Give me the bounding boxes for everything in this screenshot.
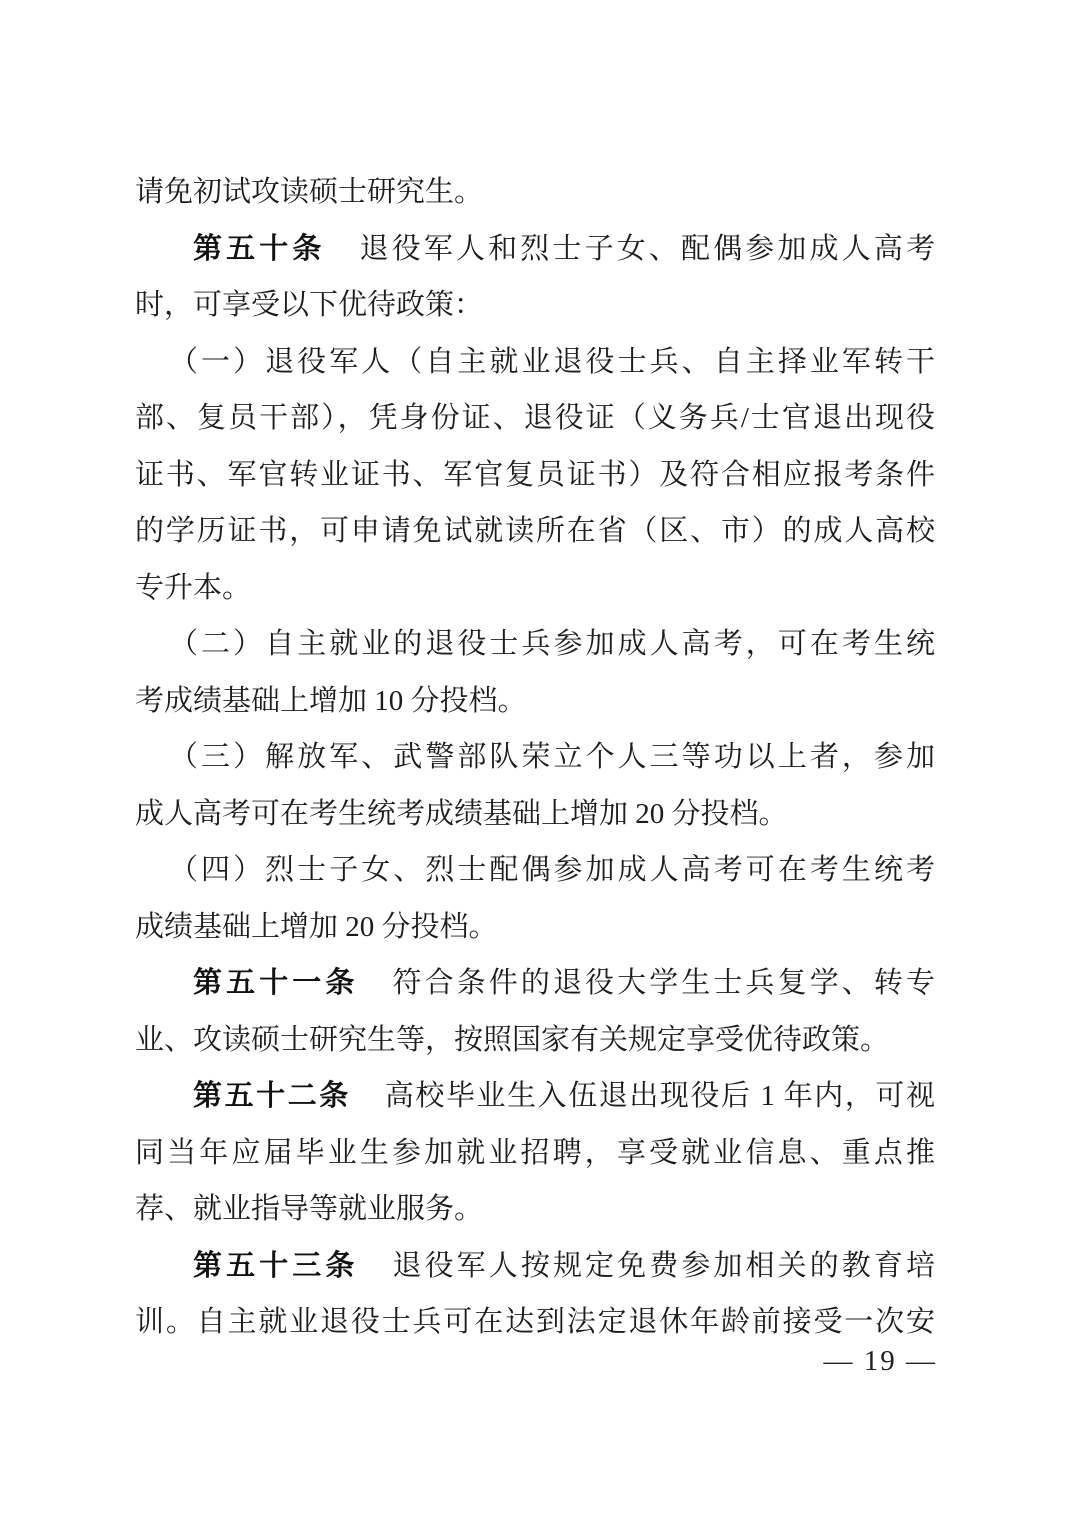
body-text: 业、攻读硕士研究生等，按照国家有关规定享受优待政策。: [135, 1024, 889, 1056]
text-line: 时，可享受以下优待政策：: [135, 277, 935, 334]
text-line: （三）解放军、武警部队荣立个人三等功以上者，参加: [135, 729, 935, 786]
body-text: 成人高考可在考生统考成绩基础上增加 20 分投档。: [135, 798, 788, 830]
article-number: 第五十三条: [193, 1250, 358, 1282]
body-text: 符合条件的退役大学生士兵复学、转专: [392, 967, 935, 999]
body-text: 训。自主就业退役士兵可在达到法定退休年龄前接受一次安: [135, 1306, 935, 1338]
body-text: 的学历证书，可申请免试就读所在省（区、市）的成人高校: [135, 515, 935, 547]
article-number: 第五十一条: [193, 967, 358, 999]
text-line: 证书、军官转业证书、军官复员证书）及符合相应报考条件: [135, 447, 935, 504]
text-line: （一）退役军人（自主就业退役士兵、自主择业军转干: [135, 334, 935, 391]
body-text: 证书、军官转业证书、军官复员证书）及符合相应报考条件: [135, 459, 935, 491]
body-text: （三）解放军、武警部队荣立个人三等功以上者，参加: [169, 741, 935, 773]
page-number: — 19 —: [824, 1344, 938, 1378]
text-line: 业、攻读硕士研究生等，按照国家有关规定享受优待政策。: [135, 1012, 935, 1069]
text-line: 荐、就业指导等就业服务。: [135, 1181, 935, 1238]
body-text: 高校毕业生入伍退出现役后 1 年内，可视: [385, 1080, 935, 1112]
body-text: （二）自主就业的退役士兵参加成人高考，可在考生统: [169, 628, 935, 660]
document-page: 请免初试攻读硕士研究生。 第五十条退役军人和烈士子女、配偶参加成人高考 时，可享…: [0, 0, 1074, 1514]
body-text: 荐、就业指导等就业服务。: [135, 1193, 483, 1225]
body-text: 退役军人和烈士子女、配偶参加成人高考: [360, 233, 935, 265]
text-line: 成人高考可在考生统考成绩基础上增加 20 分投档。: [135, 786, 935, 843]
body-text: 退役军人按规定免费参加相关的教育培: [392, 1250, 935, 1282]
text-line: （四）烈士子女、烈士配偶参加成人高考可在考生统考: [135, 842, 935, 899]
text-line: 第五十一条符合条件的退役大学生士兵复学、转专: [135, 955, 935, 1012]
text-line: 专升本。: [135, 560, 935, 617]
text-line: 训。自主就业退役士兵可在达到法定退休年龄前接受一次安: [135, 1294, 935, 1351]
text-line: 第五十二条高校毕业生入伍退出现役后 1 年内，可视: [135, 1068, 935, 1125]
body-text: 时，可享受以下优待政策：: [135, 289, 483, 321]
text-line: 同当年应届毕业生参加就业招聘，享受就业信息、重点推: [135, 1125, 935, 1182]
body-text: 请免初试攻读硕士研究生。: [135, 176, 483, 208]
body-text: 同当年应届毕业生参加就业招聘，享受就业信息、重点推: [135, 1137, 935, 1169]
body-text: 部、复员干部），凭身份证、退役证（义务兵/士官退出现役: [135, 402, 935, 434]
body-text: （四）烈士子女、烈士配偶参加成人高考可在考生统考: [169, 854, 935, 886]
article-number: 第五十二条: [193, 1080, 351, 1112]
text-line: 第五十三条退役军人按规定免费参加相关的教育培: [135, 1238, 935, 1295]
text-line: 的学历证书，可申请免试就读所在省（区、市）的成人高校: [135, 503, 935, 560]
body-text: 成绩基础上增加 20 分投档。: [135, 911, 498, 943]
body-text: 专升本。: [135, 572, 251, 604]
article-number: 第五十条: [193, 233, 326, 265]
body-text: （一）退役军人（自主就业退役士兵、自主择业军转干: [169, 346, 935, 378]
body-text: 考成绩基础上增加 10 分投档。: [135, 685, 527, 717]
document-body: 请免初试攻读硕士研究生。 第五十条退役军人和烈士子女、配偶参加成人高考 时，可享…: [135, 164, 935, 1351]
text-line: （二）自主就业的退役士兵参加成人高考，可在考生统: [135, 616, 935, 673]
text-line: 请免初试攻读硕士研究生。: [135, 164, 935, 221]
text-line: 成绩基础上增加 20 分投档。: [135, 899, 935, 956]
text-line: 考成绩基础上增加 10 分投档。: [135, 673, 935, 730]
text-line: 第五十条退役军人和烈士子女、配偶参加成人高考: [135, 221, 935, 278]
text-line: 部、复员干部），凭身份证、退役证（义务兵/士官退出现役: [135, 390, 935, 447]
